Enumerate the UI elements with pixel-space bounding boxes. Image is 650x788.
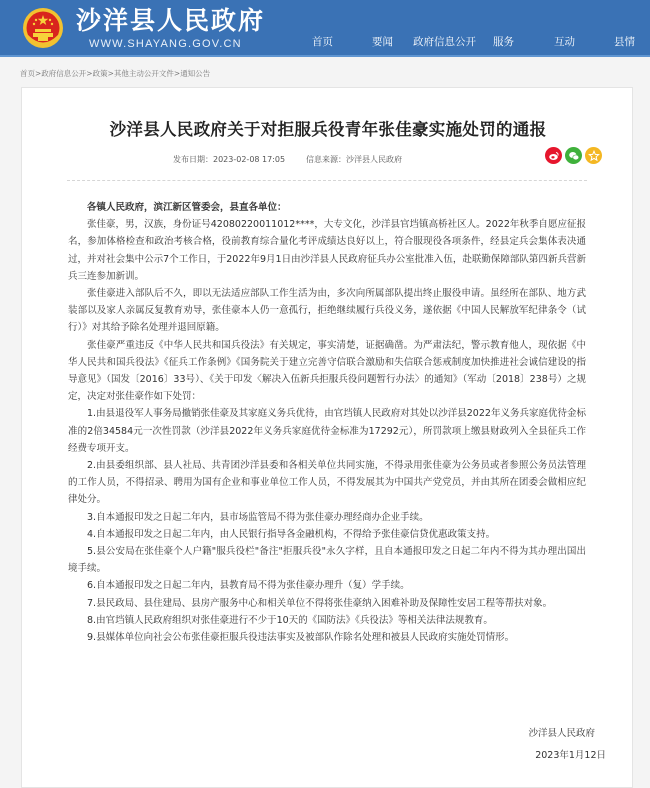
paragraph-incident: 张佳豪进入部队后不久，即以无法适应部队工作生活为由，多次向所属部队提出终止服役申… [68, 285, 586, 337]
breadcrumb: 首页>政府信息公开>政策>其他主动公开文件>通知公告 [20, 68, 210, 79]
share-wechat-button[interactable] [565, 147, 582, 164]
nav-home[interactable]: 首页 [312, 34, 333, 49]
source-value: 沙洋县人民政府 [346, 155, 402, 164]
nav-gov-info-disclosure[interactable]: 政府信息公开 [413, 34, 476, 49]
paragraph-legal-basis: 张佳豪严重违反《中华人民共和国兵役法》有关规定，事实清楚，证据确凿。为严肃法纪，… [68, 337, 586, 406]
publish-date: 发布日期：2023-02-08 17:05 [173, 154, 285, 165]
share-favorite-button[interactable] [585, 147, 602, 164]
site-url: WWW.SHAYANG.GOV.CN [89, 38, 242, 50]
penalty-item: 6.自本通报印发之日起二年内，县教育局不得为张佳豪办理升（复）学手续。 [68, 577, 586, 594]
penalty-item: 3.自本通报印发之日起二年内，县市场监管局不得为张佳豪办理经商办企业手续。 [68, 509, 586, 526]
share-weibo-button[interactable] [545, 147, 562, 164]
article-title: 沙洋县人民政府关于对拒服兵役青年张佳豪实施处罚的通报 [22, 116, 634, 140]
article-container: 沙洋县人民政府关于对拒服兵役青年张佳豪实施处罚的通报 发布日期：2023-02-… [21, 87, 633, 788]
breadcrumb-home[interactable]: 首页 [20, 69, 35, 78]
title-divider [67, 180, 587, 181]
nav-services[interactable]: 服务 [493, 34, 514, 49]
site-header: 沙洋县人民政府 WWW.SHAYANG.GOV.CN 首页 要闻 政府信息公开 … [0, 0, 650, 57]
breadcrumb-gov-info[interactable]: 政府信息公开 [41, 69, 86, 78]
info-source: 信息来源：沙洋县人民政府 [306, 154, 402, 165]
breadcrumb-notices[interactable]: 通知公告 [180, 69, 210, 78]
salutation: 各镇人民政府，滨江新区管委会，县直各单位： [68, 199, 586, 216]
publish-date-value: 2023-02-08 17:05 [213, 155, 285, 164]
paragraph-background: 张佳豪，男，汉族，身份证号42080220011012****，大专文化，沙洋县… [68, 216, 586, 285]
penalty-item: 4.自本通报印发之日起二年内，由人民银行指导各金融机构，不得给予张佳豪信贷优惠政… [68, 526, 586, 543]
weibo-icon [548, 150, 560, 162]
penalty-item: 7.县民政局、县住建局、县房产服务中心和相关单位不得将张佳豪纳入困难补助及保障性… [68, 595, 586, 612]
breadcrumb-other-docs[interactable]: 其他主动公开文件 [114, 69, 174, 78]
breadcrumb-policy[interactable]: 政策 [93, 69, 108, 78]
signature-date: 2023年1月12日 [535, 747, 606, 761]
wechat-icon [568, 150, 580, 162]
star-icon [588, 150, 600, 162]
nav-interaction[interactable]: 互动 [554, 34, 575, 49]
publish-date-label: 发布日期： [173, 155, 213, 164]
penalty-item: 2.由县委组织部、县人社局、共青团沙洋县委和各相关单位共同实施，不得录用张佳豪为… [68, 457, 586, 509]
penalty-item: 8.由官垱镇人民政府组织对张佳豪进行不少于10天的《国防法》《兵役法》等相关法律… [68, 612, 586, 629]
penalty-item: 9.县媒体单位向社会公布张佳豪拒服兵役违法事实及被部队作除名处理和被县人民政府实… [68, 629, 586, 646]
nav-county-info[interactable]: 县情 [614, 34, 635, 49]
penalty-item: 1.由县退役军人事务局撤销张佳豪及其家庭义务兵优待，由官垱镇人民政府对其处以沙洋… [68, 405, 586, 457]
penalty-item: 5.县公安局在张佳豪个人户籍"服兵役栏"备注"拒服兵役"永久字样，且自本通报印发… [68, 543, 586, 577]
article-body: 各镇人民政府，滨江新区管委会，县直各单位： 张佳豪，男，汉族，身份证号42080… [68, 188, 586, 646]
national-emblem-icon[interactable] [21, 6, 65, 50]
signature-org: 沙洋县人民政府 [528, 725, 595, 739]
site-name[interactable]: 沙洋县人民政府 [76, 7, 265, 35]
nav-news[interactable]: 要闻 [372, 34, 393, 49]
source-label: 信息来源： [306, 155, 346, 164]
